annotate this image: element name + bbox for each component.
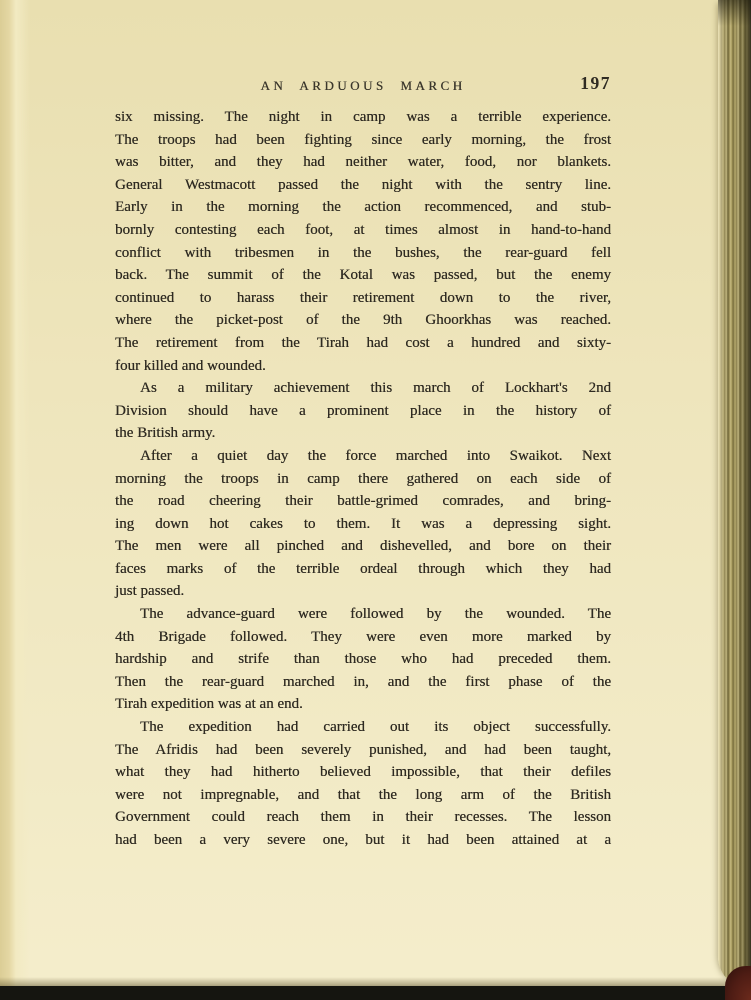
text-line: After a quiet day the force marched into… [115,445,611,468]
text-line: back. The summit of the Kotal was passed… [115,264,611,287]
text-line: 4th Brigade followed. They were even mor… [115,626,611,649]
text-line: The expedition had carried out its objec… [115,716,611,739]
fore-edge-page-stack [718,0,751,986]
page-number: 197 [580,72,611,94]
text-line: The Afridis had been severely punished, … [115,739,611,762]
text-line: the road cheering their battle-grimed co… [115,490,611,513]
text-line: ing down hot cakes to them. It was a dep… [115,513,611,536]
text-line: conflict with tribesmen in the bushes, t… [115,242,611,265]
text-block: six missing. The night in camp was a ter… [115,106,611,852]
page-surface: AN ARDUOUS MARCH 197 six missing. The ni… [0,0,751,1000]
text-line: Division should have a prominent place i… [115,400,611,423]
text-line: had been a very severe one, but it had b… [115,829,611,852]
text-line: the British army. [115,422,611,445]
text-line: The advance-guard were followed by the w… [115,603,611,626]
text-line: General Westmacott passed the night with… [115,174,611,197]
text-line: morning the troops in camp there gathere… [115,468,611,491]
text-line: continued to harass their retirement dow… [115,287,611,310]
header-title: AN ARDUOUS MARCH [115,75,611,97]
text-line: where the picket-post of the 9th Ghoorkh… [115,309,611,332]
text-line: Tirah expedition was at an end. [115,693,611,716]
text-line: The men were all pinched and dishevelled… [115,535,611,558]
book-page-photo: AN ARDUOUS MARCH 197 six missing. The ni… [0,0,751,1000]
text-line: Government could reach them in their rec… [115,806,611,829]
text-line: were not impregnable, and that the long … [115,784,611,807]
text-line: faces marks of the terrible ordeal throu… [115,558,611,581]
text-line: was bitter, and they had neither water, … [115,151,611,174]
text-line: bornly contesting each foot, at times al… [115,219,611,242]
text-line: hardship and strife than those who had p… [115,648,611,671]
text-line: The troops had been fighting since early… [115,129,611,152]
text-line: six missing. The night in camp was a ter… [115,106,611,129]
text-line: four killed and wounded. [115,355,611,378]
text-line: The retirement from the Tirah had cost a… [115,332,611,355]
text-line: Then the rear-guard marched in, and the … [115,671,611,694]
text-line: Early in the morning the action recommen… [115,196,611,219]
text-line: As a military achievement this march of … [115,377,611,400]
text-line: just passed. [115,580,611,603]
running-header: AN ARDUOUS MARCH 197 [115,75,611,97]
text-line: what they had hitherto believed impossib… [115,761,611,784]
